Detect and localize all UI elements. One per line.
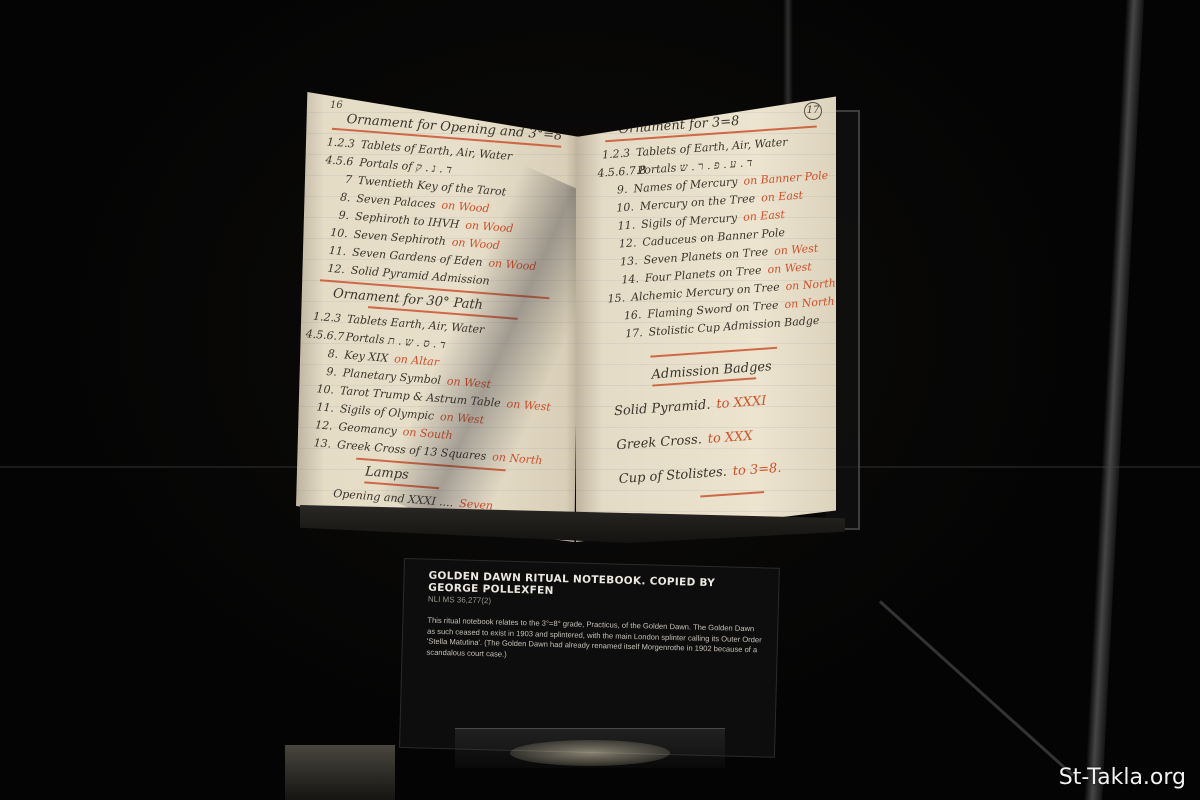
watermark: St-Takla.org [1059, 765, 1186, 790]
badge-text: Greek Cross. [616, 432, 702, 453]
entry-red-note [495, 273, 496, 291]
badge-text: Cup of Stolistes. [618, 465, 727, 488]
entry-number: 13. [297, 433, 332, 454]
entry-red-note [825, 311, 826, 329]
entry-red-note: on West [774, 240, 819, 261]
entry-red-note [489, 322, 490, 340]
badge-text: Solid Pyramid. [614, 398, 711, 420]
badge-red-note: to XXX [707, 429, 753, 447]
notebook-right-page: 17 Ornament for 3=8 1.2.3Tablets of Eart… [576, 92, 836, 542]
glass-reflection-edge [879, 600, 1074, 776]
entry-red-note: on North [492, 448, 543, 470]
notebook-reflection [285, 745, 395, 800]
badge-red-note: to XXXI [716, 394, 767, 412]
entry-red-note [758, 154, 759, 172]
entry-number: 12. [310, 259, 345, 280]
entry-red-note [517, 148, 518, 166]
entry-number: 15. [606, 289, 626, 308]
entry-red-note [793, 133, 794, 151]
entry-number: 9. [598, 181, 628, 201]
badge-red-note: to 3=8. [732, 461, 782, 479]
entry-red-note [790, 224, 791, 242]
entry-number: 17. [608, 324, 643, 344]
entry-red-note [511, 184, 512, 202]
museum-display-photo: 16 Ornament for Opening and 3°=8° 1.2.3T… [0, 0, 1200, 800]
entry-red-note: on West [506, 395, 551, 416]
notebook-left-page: 16 Ornament for Opening and 3°=8° 1.2.3T… [296, 92, 580, 542]
exhibit-label-body: This ritual notebook relates to the 3°=8… [426, 616, 763, 667]
light-reflection [510, 740, 670, 766]
notebook: 16 Ornament for Opening and 3°=8° 1.2.3T… [296, 92, 836, 542]
entry-number [296, 482, 328, 503]
entry-red-note [457, 162, 458, 180]
glass-case-edge-right [1084, 0, 1144, 800]
entry-red-note [451, 337, 452, 355]
entry-red-note: on East [761, 187, 804, 208]
entry-red-note: on Wood [488, 254, 537, 276]
entry-red-note: on North [784, 293, 835, 314]
